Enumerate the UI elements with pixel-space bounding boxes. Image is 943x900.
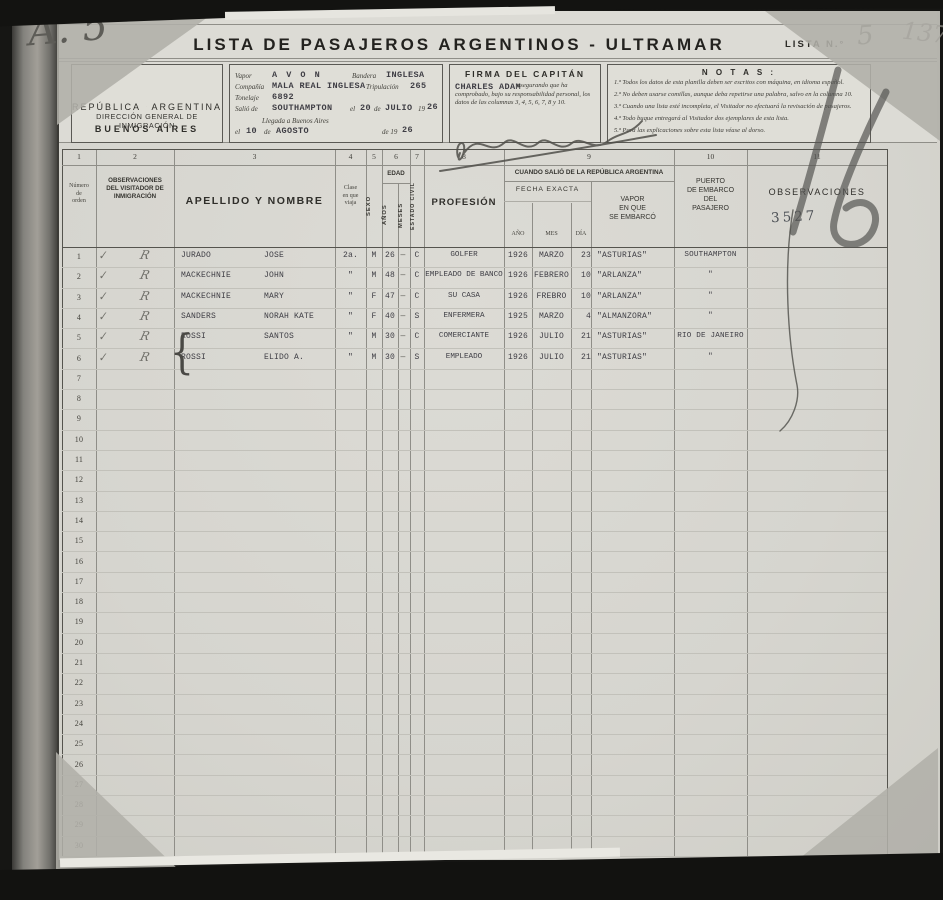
cell-numero: 24	[62, 719, 96, 728]
salio-label: Salió de	[235, 105, 258, 113]
cell-mes-salida: MARZO	[532, 312, 571, 321]
cell-dia-salida: 21	[571, 353, 591, 362]
cell-numero: 12	[62, 475, 96, 484]
cell-numero: 22	[62, 678, 96, 687]
cell-numero: 10	[62, 435, 96, 444]
cell-vapor: "ASTURIAS"	[597, 353, 677, 362]
cell-clase: "	[335, 312, 366, 321]
cell-ano-salida: 1926	[504, 292, 532, 301]
cell-numero: 13	[62, 496, 96, 505]
visitador-mark: R	[128, 350, 161, 364]
cell-sexo: M	[366, 353, 382, 362]
table-row: 25	[62, 734, 887, 755]
rule	[59, 58, 937, 59]
table-row: 23	[62, 694, 887, 715]
cell-apellido: JURADO	[181, 251, 211, 260]
cell-numero: 9	[62, 414, 96, 423]
table-row: 16	[62, 552, 887, 573]
cell-estado-civil: C	[410, 332, 424, 341]
cell-meses: —	[395, 353, 411, 362]
cell-numero: 3	[62, 293, 96, 302]
tonelaje-label: Tonelaje	[235, 94, 259, 102]
cell-ano-salida: 1926	[504, 271, 532, 280]
captain-box-title: FIRMA DEL CAPITÁN	[450, 69, 600, 79]
cell-vapor: "ASTURIAS"	[597, 332, 677, 341]
cell-clase: "	[335, 332, 366, 341]
cell-numero: 23	[62, 699, 96, 708]
column-number: 1	[62, 152, 96, 161]
compania-label: Compañía	[235, 83, 264, 91]
cell-sexo: M	[366, 251, 382, 260]
table-row: 3✓RMACKECHNIEMARY"F47—CSU CASA1926FREBRO…	[62, 288, 887, 309]
cell-vapor: "ARLANZA"	[597, 271, 677, 280]
cell-puerto: RIO DE JANEIRO	[674, 332, 747, 340]
cell-profesion: COMERCIANTE	[424, 332, 504, 340]
rule	[59, 61, 937, 62]
agency-argentina: ARGENTINA	[151, 102, 222, 112]
cell-estado-civil: S	[410, 312, 424, 321]
header-profesion: PROFESIÓN	[424, 197, 504, 208]
cell-clase: "	[335, 353, 366, 362]
table-row: 19	[62, 612, 887, 633]
cell-puerto: SOUTHAMPTON	[674, 251, 747, 259]
column-number: 3	[174, 152, 335, 161]
visitador-mark: R	[128, 309, 161, 323]
el-label: el	[350, 105, 355, 113]
captain-statement: asegurando que ha comprobado, bajo su re…	[455, 82, 596, 108]
cell-estado-civil: C	[410, 251, 424, 260]
cell-puerto: "	[674, 353, 747, 361]
dia-llegada-value: 10	[246, 126, 257, 136]
cell-dia-salida: 10	[571, 292, 591, 301]
column-number: 7	[410, 152, 424, 161]
notas-title: N O T A S :	[608, 68, 870, 77]
cell-estado-civil: S	[410, 353, 424, 362]
cell-nombre: MARY	[264, 292, 284, 301]
cell-profesion: SU CASA	[424, 292, 504, 300]
cell-vapor: "ALMANZORA"	[597, 312, 677, 321]
vapor-value: A V O N	[272, 70, 322, 80]
cell-numero: 6	[62, 354, 96, 363]
el2-label: el	[235, 128, 240, 136]
puerto-salida-value: SOUTHAMPTON	[272, 103, 333, 113]
table-row: 15	[62, 531, 887, 552]
table-row: 1✓RJURADOJOSE2a.M26—CGOLFER1926MARZO23"A…	[62, 247, 887, 268]
cell-estado-civil: C	[410, 271, 424, 280]
cell-ano-salida: 1926	[504, 332, 532, 341]
visitador-mark: R	[128, 248, 161, 262]
cell-profesion: EMPLEADO DE BANCO	[424, 271, 504, 279]
cell-meses: —	[395, 332, 411, 341]
cell-numero: 21	[62, 658, 96, 667]
table-row: 22	[62, 673, 887, 694]
cell-clase: 2a.	[335, 251, 366, 260]
de-label: de	[374, 105, 381, 113]
captain-signature	[430, 105, 660, 180]
cell-ano-salida: 1926	[504, 251, 532, 260]
header-apellido-nombre: APELLIDO Y NOMBRE	[174, 195, 335, 207]
grid-line	[504, 201, 591, 202]
grid-line	[504, 181, 674, 182]
cell-numero: 14	[62, 516, 96, 525]
cell-numero: 20	[62, 638, 96, 647]
cell-mes-salida: MARZO	[532, 251, 571, 260]
cell-clase: "	[335, 271, 366, 280]
cell-nombre: JOHN	[264, 271, 284, 280]
cell-meses: —	[395, 312, 411, 321]
cell-numero: 7	[62, 374, 96, 383]
column-number: 6	[382, 152, 410, 161]
cell-numero: 19	[62, 617, 96, 626]
cell-mes-salida: FREBRO	[532, 292, 571, 301]
cell-nombre: SANTOS	[264, 332, 294, 341]
cell-numero: 17	[62, 577, 96, 586]
header-mes: MES	[532, 231, 571, 239]
cell-apellido: SANDERS	[181, 312, 216, 321]
table-row: 14	[62, 511, 887, 532]
cell-mes-salida: FEBRERO	[532, 271, 571, 280]
nota-item: 2.ª No deben usarse comillas, aunque deb…	[614, 91, 866, 98]
cell-apellido: MACKECHNIE	[181, 292, 231, 301]
cell-sexo: M	[366, 271, 382, 280]
table-row: 13	[62, 491, 887, 512]
table-row: 17	[62, 572, 887, 593]
vapor-label: Vapor	[235, 72, 252, 80]
cell-dia-salida: 21	[571, 332, 591, 341]
check-mark: ✓	[97, 269, 109, 283]
table-row: 29	[62, 815, 887, 836]
de19-label: de 19	[382, 128, 397, 136]
cell-numero: 15	[62, 536, 96, 545]
tripulacion-label: Tripulación	[366, 83, 399, 91]
cell-puerto: "	[674, 312, 747, 320]
cell-profesion: ENFERMERA	[424, 312, 504, 320]
cell-numero: 1	[62, 252, 96, 261]
nota-item: 1.ª Todos los datos de esta planilla deb…	[614, 79, 866, 86]
ship-info-box: Vapor A V O N Bandera INGLESA Compañía M…	[229, 64, 443, 143]
header-estado-civil: ESTADO CIVIL	[410, 165, 424, 247]
column-number: 11	[747, 152, 887, 161]
cell-mes-salida: JULIO	[532, 353, 571, 362]
mes-llegada-value: AGOSTO	[276, 126, 309, 136]
check-mark: ✓	[97, 248, 109, 262]
header-dia: DÍA	[571, 231, 591, 239]
cell-sexo: M	[366, 332, 382, 341]
cell-mes-salida: JULIO	[532, 332, 571, 341]
check-mark: ✓	[97, 350, 109, 364]
table-row: 11	[62, 450, 887, 471]
cell-dia-salida: 23	[571, 251, 591, 260]
cell-ano-salida: 1925	[504, 312, 532, 321]
cell-profesion: GOLFER	[424, 251, 504, 259]
stamp-number: 3527	[771, 208, 818, 226]
cell-numero: 8	[62, 394, 96, 403]
agency-city: BUENOS AIRES	[72, 124, 222, 134]
bandera-value: INGLESA	[386, 70, 425, 80]
llegada-label: Llegada a Buenos Aires	[262, 117, 329, 125]
table-row: 8	[62, 389, 887, 410]
table-row: 18	[62, 592, 887, 613]
column-number: 10	[674, 152, 747, 161]
table-row: 24	[62, 714, 887, 735]
cell-estado-civil: C	[410, 292, 424, 301]
column-number: 2	[96, 152, 174, 161]
cell-numero: 4	[62, 313, 96, 322]
cell-numero: 2	[62, 272, 96, 281]
table-row: 2✓RMACKECHNIEJOHN"M48—CEMPLEADO DE BANCO…	[62, 267, 887, 288]
header-clase: Clase en que viaja	[335, 185, 366, 208]
cell-meses: —	[395, 292, 411, 301]
cell-nombre: NORAH KATE	[264, 312, 314, 321]
cell-meses: —	[395, 251, 411, 260]
header-fecha-exacta: FECHA EXACTA	[504, 186, 591, 193]
header-ano: AÑO	[504, 231, 532, 239]
ano-llegada-value: 26	[402, 125, 413, 135]
table-row: 26	[62, 755, 887, 776]
family-brace: {	[170, 325, 194, 380]
cell-puerto: "	[674, 271, 747, 279]
cell-meses: —	[395, 271, 411, 280]
cell-apellido: MACKECHNIE	[181, 271, 231, 280]
table-row: 12	[62, 470, 887, 491]
column-number: 4	[335, 152, 366, 161]
tripulacion-value: 265	[410, 81, 427, 91]
siglo-label: 19	[418, 105, 425, 113]
header-edad: EDAD	[382, 170, 410, 178]
cell-numero: 18	[62, 597, 96, 606]
cell-vapor: "ASTURIAS"	[597, 251, 677, 260]
cell-dia-salida: 4	[571, 312, 591, 321]
page-title: LISTA DE PASAJEROS ARGENTINOS - ULTRAMAR	[179, 35, 739, 55]
cell-puerto: "	[674, 292, 747, 300]
cell-numero: 11	[62, 455, 96, 464]
check-mark: ✓	[97, 309, 109, 323]
document-page: LISTA DE PASAJEROS ARGENTINOS - ULTRAMAR…	[57, 11, 940, 860]
table-row: 28	[62, 795, 887, 816]
table-row: 20	[62, 633, 887, 654]
table-row: 10	[62, 430, 887, 451]
cell-numero: 25	[62, 739, 96, 748]
captain-signature-box: FIRMA DEL CAPITÁN CHARLES ADAM asegurand…	[449, 64, 601, 143]
bandera-label: Bandera	[352, 72, 376, 80]
column-number: 5	[366, 152, 382, 161]
header-anos: AÑOS	[382, 183, 398, 247]
cell-ano-salida: 1926	[504, 353, 532, 362]
header-vapor-embarco: VAPOR EN QUE SE EMBARCÓ	[591, 195, 674, 222]
cell-vapor: "ARLANZA"	[597, 292, 677, 301]
visitador-mark: R	[128, 268, 161, 282]
dia-salida-value: 20	[360, 103, 371, 113]
header-puerto-embarco: PUERTO DE EMBARCO DEL PASAJERO	[674, 177, 747, 213]
cell-numero: 16	[62, 557, 96, 566]
cell-sexo: F	[366, 312, 382, 321]
check-mark: ✓	[97, 289, 109, 303]
cell-sexo: F	[366, 292, 382, 301]
header-observaciones-visitador: OBSERVACIONES DEL VISITADOR DE INMIGRACI…	[96, 177, 174, 201]
header-meses: MESES	[398, 183, 410, 247]
cell-nombre: ELIDO A.	[264, 353, 304, 362]
cell-nombre: JOSE	[264, 251, 284, 260]
grid-line	[887, 149, 888, 856]
table-row: 9	[62, 409, 887, 430]
cell-dia-salida: 10	[571, 271, 591, 280]
header-observaciones: OBSERVACIONES	[747, 187, 887, 197]
compania-value: MALA REAL INGLESA	[272, 81, 366, 91]
visitador-mark: R	[128, 329, 161, 343]
header-numero-orden: Número de orden	[62, 183, 96, 206]
cell-clase: "	[335, 292, 366, 301]
visitador-mark: R	[128, 289, 161, 303]
scanned-passenger-list: LISTA DE PASAJEROS ARGENTINOS - ULTRAMAR…	[0, 0, 943, 900]
de2-label: de	[264, 128, 271, 136]
check-mark: ✓	[97, 329, 109, 343]
mes-salida-value: JULIO	[385, 103, 413, 113]
table-row: 21	[62, 653, 887, 674]
cell-profesion: EMPLEADO	[424, 353, 504, 361]
header-sexo: SEXO	[366, 165, 382, 247]
tonelaje-value: 6892	[272, 92, 294, 102]
table-row: 27	[62, 775, 887, 796]
book-spine-edge	[12, 0, 58, 900]
cell-numero: 5	[62, 333, 96, 342]
